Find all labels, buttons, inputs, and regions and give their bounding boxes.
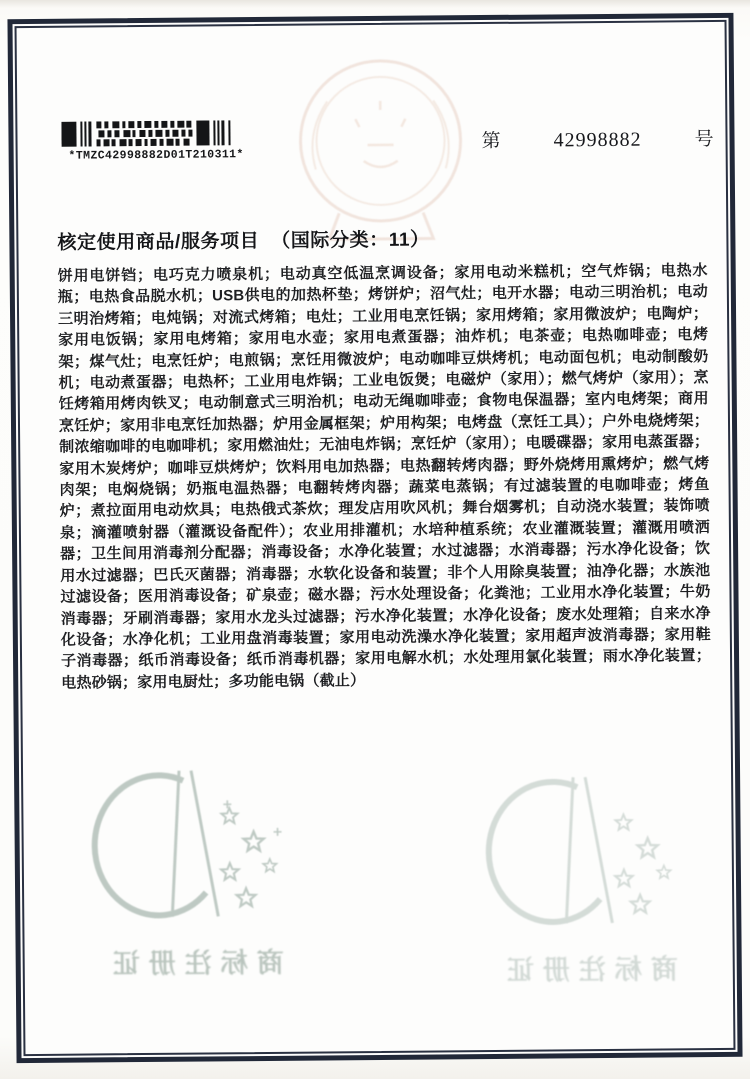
cert-number-value: 42998882 — [553, 129, 641, 153]
watermark-text: 商标注册证 — [473, 947, 703, 988]
certificate-page-scan: *TMZC42998882D01T210311* 第 42998882 号 核定… — [0, 0, 750, 1079]
certificate-number: 第 42998882 号 — [481, 124, 713, 153]
showthrough-watermark-left: 商标注册证 — [77, 764, 309, 982]
section-title: 核定使用商品/服务项目 （国际分类：11） — [57, 225, 430, 255]
barcode-icon — [61, 120, 251, 149]
cert-number-prefix: 第 — [481, 126, 500, 153]
watermark-text: 商标注册证 — [79, 941, 309, 982]
trademark-office-logo-icon — [77, 764, 309, 941]
section-title-text: 核定使用商品/服务项目 — [57, 231, 259, 254]
trademark-office-logo-icon — [471, 770, 703, 947]
showthrough-watermark-right: 商标注册证 — [471, 770, 703, 988]
barcode-text: *TMZC42998882D01T210311* — [59, 148, 254, 163]
goods-list-paragraph: 饼用电饼铛；电巧克力喷泉机；电动真空低温烹调设备；家用电动米糕机；空气炸锅；电热… — [58, 260, 712, 694]
section-classification: （国际分类：11） — [271, 230, 430, 252]
page-border-frame: *TMZC42998882D01T210311* 第 42998882 号 核定… — [7, 13, 742, 1063]
cert-number-suffix: 号 — [694, 124, 713, 151]
barcode-block: *TMZC42998882D01T210311* — [58, 120, 253, 163]
